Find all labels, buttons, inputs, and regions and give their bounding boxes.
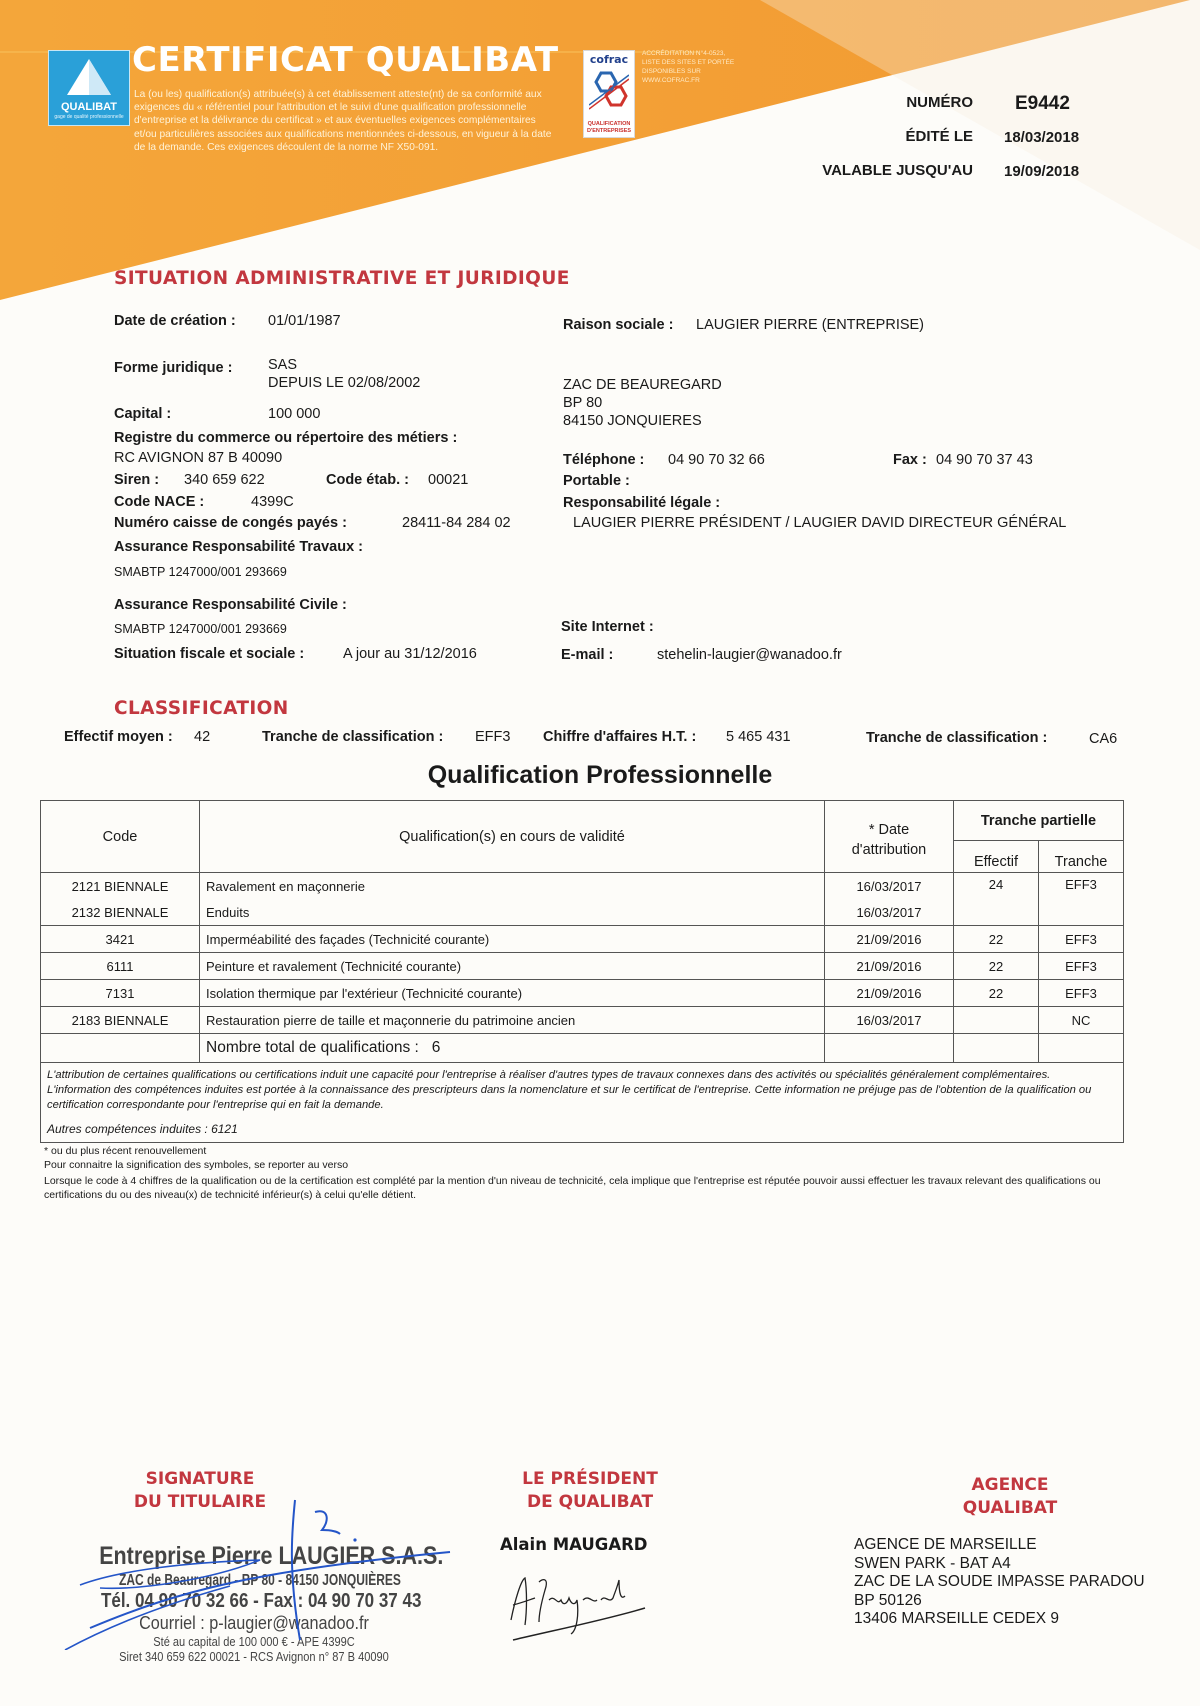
cell-tranche: NC (1039, 1007, 1124, 1034)
cell-code: 7131 (41, 980, 200, 1007)
cell-date: 16/03/2017 (825, 1007, 954, 1034)
autres-competences: Autres compétences induites : 6121 (47, 1122, 1117, 1137)
footnote-technicity: Lorsque le code à 4 chiffres de la quali… (44, 1174, 1154, 1202)
header-date-line1: * Date (869, 822, 909, 838)
cell-qual: Imperméabilité des façades (Technicité c… (200, 926, 825, 953)
valable-value: 19/09/2018 (1004, 163, 1079, 180)
numero-label: NUMÉRO (713, 94, 973, 111)
cell-code: 2121 BIENNALE (41, 873, 200, 900)
cell-qual: Restauration pierre de taille et maçonne… (200, 1007, 825, 1034)
effectif-value: 42 (194, 729, 210, 745)
fiscale-label: Situation fiscale et sociale : (114, 646, 304, 662)
agence-title: AGENCE QUALIBAT (920, 1474, 1100, 1520)
edite-label: ÉDITÉ LE (713, 128, 973, 145)
tel-value: 04 90 70 32 66 (668, 452, 765, 468)
cofrac-subtitle: QUALIFICATION D'ENTREPRISES (584, 121, 634, 135)
date-creation-value: 01/01/1987 (268, 313, 341, 329)
email-label: E-mail : (561, 647, 613, 663)
cell-tranche: EFF3 (1039, 873, 1124, 926)
note-text: L'attribution de certaines qualification… (47, 1068, 1117, 1113)
cell-qual: Enduits (200, 899, 825, 926)
cell-date: 16/03/2017 (825, 873, 954, 900)
ass-civile-label: Assurance Responsabilité Civile : (114, 597, 347, 613)
president-title: LE PRÉSIDENT DE QUALIBAT (490, 1468, 690, 1514)
agence-address: AGENCE DE MARSEILLE SWEN PARK - BAT A4 Z… (854, 1536, 1145, 1629)
ca-label: Chiffre d'affaires H.T. : (543, 729, 696, 745)
registre-label: Registre du commerce ou répertoire des m… (114, 430, 457, 446)
ass-travaux-label: Assurance Responsabilité Travaux : (114, 539, 363, 555)
portable-label: Portable : (563, 473, 630, 489)
conges-label: Numéro caisse de congés payés : (114, 515, 347, 531)
registre-value: RC AVIGNON 87 B 40090 (114, 450, 282, 466)
table-row: 2183 BIENNALERestauration pierre de tail… (41, 1007, 1124, 1034)
certificate-title: CERTIFICAT QUALIBAT (132, 40, 559, 80)
address-line: BP 80 (563, 395, 602, 411)
email-link[interactable]: stehelin-laugier@wanadoo.fr (657, 647, 842, 663)
edite-value: 18/03/2018 (1004, 129, 1079, 146)
qualification-title: Qualification Professionnelle (0, 761, 1200, 790)
cell-effectif: 22 (954, 926, 1039, 953)
cell-code: 6111 (41, 953, 200, 980)
header-tranche-partielle: Tranche partielle (954, 801, 1124, 841)
qualibat-logo: QUALIBAT gage de qualité professionnelle (48, 50, 130, 126)
qualification-table: Code Qualification(s) en cours de validi… (40, 800, 1124, 1143)
cell-date: 21/09/2016 (825, 953, 954, 980)
total-value: 6 (432, 1039, 441, 1056)
siren-label: Siren : (114, 472, 159, 488)
titulaire-signature (60, 1490, 460, 1650)
header-tranche: Tranche (1039, 841, 1124, 873)
code-etab-label: Code étab. : (326, 472, 409, 488)
date-creation-label: Date de création : (114, 313, 236, 329)
header-date-line2: d'attribution (852, 842, 927, 858)
ass-travaux-value: SMABTP 1247000/001 293669 (114, 565, 287, 579)
cofrac-name: cofrac (584, 53, 634, 66)
footnote-symbols: Pour connaitre la signification des symb… (44, 1158, 1154, 1172)
tranche2-value: CA6 (1089, 731, 1117, 747)
forme-label: Forme juridique : (114, 360, 232, 376)
header-code: Code (41, 801, 200, 873)
cell-tranche: EFF3 (1039, 953, 1124, 980)
header-qualification: Qualification(s) en cours de validité (200, 801, 825, 873)
cell-date: 21/09/2016 (825, 926, 954, 953)
header-effectif: Effectif (954, 841, 1039, 873)
total-label: Nombre total de qualifications : (206, 1039, 419, 1056)
president-name: Alain MAUGARD (500, 1535, 648, 1554)
ca-value: 5 465 431 (726, 729, 791, 745)
logo-name: QUALIBAT (49, 101, 129, 113)
cell-qual: Isolation thermique par l'extérieur (Tec… (200, 980, 825, 1007)
cell-date: 16/03/2017 (825, 899, 954, 926)
president-signature (505, 1570, 655, 1645)
cell-effectif: 24 (954, 873, 1039, 926)
table-row: 2121 BIENNALERavalement en maçonnerie16/… (41, 873, 1124, 900)
tranche1-label: Tranche de classification : (262, 729, 443, 745)
table-row: 3421Imperméabilité des façades (Technici… (41, 926, 1124, 953)
numero-value: E9442 (1015, 93, 1070, 115)
tranche2-label: Tranche de classification : (866, 730, 1047, 746)
cell-date: 21/09/2016 (825, 980, 954, 1007)
forme-since: DEPUIS LE 02/08/2002 (268, 375, 420, 391)
forme-value: SAS (268, 357, 297, 373)
section-title-admin: SITUATION ADMINISTRATIVE ET JURIDIQUE (114, 268, 570, 289)
section-title-classification: CLASSIFICATION (114, 698, 289, 719)
cell-qual: Peinture et ravalement (Technicité coura… (200, 953, 825, 980)
nace-value: 4399C (251, 494, 294, 510)
footnote-renewal: * ou du plus récent renouvellement (44, 1144, 1154, 1158)
siren-value: 340 659 622 (184, 472, 265, 488)
cofrac-logo: cofrac QUALIFICATION D'ENTREPRISES (583, 50, 635, 138)
pyramid-shade-icon (89, 59, 111, 95)
logo-tagline: gage de qualité professionnelle (49, 114, 129, 120)
total-row: Nombre total de qualifications : 6 (41, 1034, 1124, 1063)
cell-code: 2132 BIENNALE (41, 899, 200, 926)
effectif-label: Effectif moyen : (64, 729, 173, 745)
cell-tranche: EFF3 (1039, 926, 1124, 953)
address-line: ZAC DE BEAUREGARD (563, 377, 722, 393)
note-row: L'attribution de certaines qualification… (41, 1063, 1124, 1143)
note-cell: L'attribution de certaines qualification… (41, 1063, 1124, 1143)
cell-effectif: 22 (954, 980, 1039, 1007)
header-date: * Date d'attribution (825, 801, 954, 873)
cell-code: 3421 (41, 926, 200, 953)
code-etab-value: 00021 (428, 472, 468, 488)
valable-label: VALABLE JUSQU'AU (713, 162, 973, 179)
total-cell: Nombre total de qualifications : 6 (200, 1034, 825, 1063)
cofrac-hexagon-icon (589, 69, 629, 111)
nace-label: Code NACE : (114, 494, 204, 510)
site-label: Site Internet : (561, 619, 654, 635)
cell-effectif (954, 1007, 1039, 1034)
table-row: 7131Isolation thermique par l'extérieur … (41, 980, 1124, 1007)
cell-tranche: EFF3 (1039, 980, 1124, 1007)
conges-value: 28411-84 284 02 (402, 515, 511, 531)
raison-value: LAUGIER PIERRE (ENTREPRISE) (696, 317, 924, 333)
ass-civile-value: SMABTP 1247000/001 293669 (114, 622, 287, 636)
raison-label: Raison sociale : (563, 317, 673, 333)
resp-value: LAUGIER PIERRE PRÉSIDENT / LAUGIER DAVID… (573, 515, 1066, 531)
capital-value: 100 000 (268, 406, 320, 422)
resp-label: Responsabilité légale : (563, 495, 720, 511)
cell-qual: Ravalement en maçonnerie (200, 873, 825, 900)
address-line: 84150 JONQUIERES (563, 413, 702, 429)
certificate-intro: La (ou les) qualification(s) attribuée(s… (134, 88, 554, 154)
tranche1-value: EFF3 (475, 729, 510, 745)
fax-value: 04 90 70 37 43 (936, 452, 1033, 468)
cell-effectif: 22 (954, 953, 1039, 980)
capital-label: Capital : (114, 406, 171, 422)
cofrac-accreditation: ACCRÉDITATION N°4-0523, LISTE DES SITES … (642, 49, 742, 85)
fiscale-value: A jour au 31/12/2016 (343, 646, 477, 662)
fax-label: Fax : (893, 452, 927, 468)
table-row: 6111Peinture et ravalement (Technicité c… (41, 953, 1124, 980)
cell-code: 2183 BIENNALE (41, 1007, 200, 1034)
tel-label: Téléphone : (563, 452, 644, 468)
